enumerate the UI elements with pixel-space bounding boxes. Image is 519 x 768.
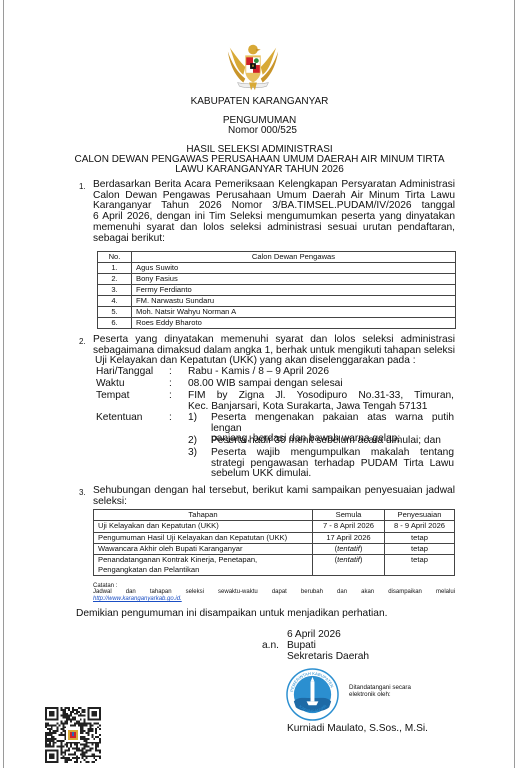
table-row: 1.Agus Suwito xyxy=(98,263,456,274)
stage: Penandatanganan Kontrak Kinerja, Penetap… xyxy=(94,555,313,576)
esign-line-1: Ditandatangani secara xyxy=(349,684,411,691)
adjusted-date: tetap xyxy=(385,544,455,555)
table-row: Penandatanganan Kontrak Kinerja, Penetap… xyxy=(94,555,455,576)
table-row: 5.Moh. Natsir Wahyu Norman A xyxy=(98,307,456,318)
regency-name: KABUPATEN KARANGANYAR xyxy=(0,96,519,107)
candidate-name: Fermy Ferdianto xyxy=(132,285,456,296)
garuda-emblem-icon xyxy=(224,38,282,96)
header-no: No. xyxy=(98,252,132,263)
candidate-name: Roes Eddy Bharoto xyxy=(132,318,456,329)
row-number: 4. xyxy=(98,296,132,307)
row-number: 6. xyxy=(98,318,132,329)
candidate-name: Agus Suwito xyxy=(132,263,456,274)
colon: : xyxy=(169,413,172,424)
table-row: Wawancara Akhir oleh Bupati Karanganyar … xyxy=(94,544,455,555)
table-header-row: No. Calon Dewan Pengawas xyxy=(98,252,456,263)
rule-2-text: Peserta hadir 30 menit sebelum acara dim… xyxy=(211,436,454,447)
rules-label: Ketentuan xyxy=(96,413,142,424)
adjusted-date: 8 - 9 April 2026 xyxy=(385,521,455,533)
point-2-marker: 2. xyxy=(79,337,86,346)
adjusted-date: tetap xyxy=(385,555,455,576)
table-row: 4.FM. Narwastu Sundaru xyxy=(98,296,456,307)
colon: : xyxy=(169,379,172,390)
point-1-paragraph: Berdasarkan Berita Acara Pemeriksaan Kel… xyxy=(93,180,455,244)
stage: Uji Kelayakan dan Kepatutan (UKK) xyxy=(94,521,313,533)
place-label: Tempat xyxy=(96,391,129,402)
tentative-text: tentatif xyxy=(337,544,360,553)
header-original: Semula xyxy=(313,510,385,521)
qr-code-icon[interactable] xyxy=(45,707,101,763)
point-1-line: memenuhi syarat dan lolos seleksi admini… xyxy=(93,223,455,234)
signer-position: Sekretaris Daerah xyxy=(287,652,369,663)
place-value: FIM by Zigna Jl. Yosodipuro No.31-33, Ti… xyxy=(188,391,454,412)
rule-3-marker: 3) xyxy=(188,448,197,459)
adjusted-date: tetap xyxy=(385,533,455,544)
original-date: (tentatif) xyxy=(313,544,385,555)
stage-line-2: Pengangkatan dan Pelantikan xyxy=(98,565,308,575)
point-1-line: sebagai berikut: xyxy=(93,234,455,245)
candidate-name: Moh. Natsir Wahyu Norman A xyxy=(132,307,456,318)
candidate-name: FM. Narwastu Sundaru xyxy=(132,296,456,307)
note-link[interactable]: http://www.karanganyarkab.go.id. xyxy=(93,596,182,603)
schedule-table: Tahapan Semula Penyesuaian Uji Kelayakan… xyxy=(93,509,455,576)
row-number: 5. xyxy=(98,307,132,318)
point-3-paragraph: Sehubungan dengan hal tersebut, berikut … xyxy=(93,486,455,507)
point-3-line-2: seleksi: xyxy=(93,497,455,508)
point-3-marker: 3. xyxy=(79,488,86,497)
title-line-3: LAWU KARANGANYAR TAHUN 2026 xyxy=(0,164,519,175)
rule-3-line-3: sebelum UKK dimulai. xyxy=(211,469,454,480)
time-value: 08.00 WIB sampai dengan selesai xyxy=(188,379,343,390)
point-2-paragraph: Peserta yang dinyatakan memenuhi syarat … xyxy=(93,335,455,367)
original-date: (tentatif) xyxy=(313,555,385,576)
day-label: Hari/Tanggal xyxy=(96,367,153,378)
colon: : xyxy=(169,367,172,378)
time-label: Waktu xyxy=(96,379,125,390)
table-row: 3.Fermy Ferdianto xyxy=(98,285,456,296)
on-behalf: a.n. xyxy=(262,641,279,652)
rule-3-text: Peserta wajib mengumpulkan makalah tenta… xyxy=(211,448,454,480)
day-value: Rabu - Kamis / 8 – 9 April 2026 xyxy=(188,367,329,378)
table-row: 2.Bony Fasius xyxy=(98,274,456,285)
document-number: Nomor 000/525 xyxy=(0,125,519,136)
table-row: 6.Roes Eddy Bharoto xyxy=(98,318,456,329)
place-line-2: Kec. Banjarsari, Kota Surakarta, Jawa Te… xyxy=(188,402,454,413)
signer-name: Kurniadi Maulato, S.Sos., M.Si. xyxy=(287,724,428,735)
header-candidate: Calon Dewan Pengawas xyxy=(132,252,456,263)
closing-sentence: Demikian pengumuman ini disampaikan untu… xyxy=(76,609,387,620)
rule-1-line-1: Peserta mengenakan pakaian atas warna pu… xyxy=(211,413,454,434)
stage-line-1: Penandatanganan Kontrak Kinerja, Penetap… xyxy=(98,555,308,565)
original-date: 7 - 8 April 2026 xyxy=(313,521,385,533)
row-number: 2. xyxy=(98,274,132,285)
stage: Wawancara Akhir oleh Bupati Karanganyar xyxy=(94,544,313,555)
esign-line-2: elektronik oleh: xyxy=(349,691,391,698)
original-date: 17 April 2026 xyxy=(313,533,385,544)
rule-1-marker: 1) xyxy=(188,413,197,424)
rule-2-marker: 2) xyxy=(188,436,197,447)
table-row: Uji Kelayakan dan Kepatutan (UKK) 7 - 8 … xyxy=(94,521,455,533)
note-text: Jadwal dan tahapan seleksi sewaktu-waktu… xyxy=(93,589,455,596)
row-number: 3. xyxy=(98,285,132,296)
table-row: Pengumuman Hasil Uji Kelayakan dan Kepat… xyxy=(94,533,455,544)
point-1-marker: 1. xyxy=(79,182,86,191)
table-header-row: Tahapan Semula Penyesuaian xyxy=(94,510,455,521)
colon: : xyxy=(169,391,172,402)
row-number: 1. xyxy=(98,263,132,274)
tentative-text: tentatif xyxy=(337,555,360,564)
header-stage: Tahapan xyxy=(94,510,313,521)
point-3-line-1: Sehubungan dengan hal tersebut, berikut … xyxy=(93,486,455,497)
candidate-name: Bony Fasius xyxy=(132,274,456,285)
website-link[interactable]: http://www.karanganyarkab.go.id. xyxy=(93,596,182,602)
header-adjusted: Penyesuaian xyxy=(385,510,455,521)
candidates-table: No. Calon Dewan Pengawas 1.Agus Suwito 2… xyxy=(97,251,456,329)
stage: Pengumuman Hasil Uji Kelayakan dan Kepat… xyxy=(94,533,313,544)
regency-seal-icon: PEMERINTAH KABUPATEN KARANGANYAR xyxy=(286,668,339,721)
